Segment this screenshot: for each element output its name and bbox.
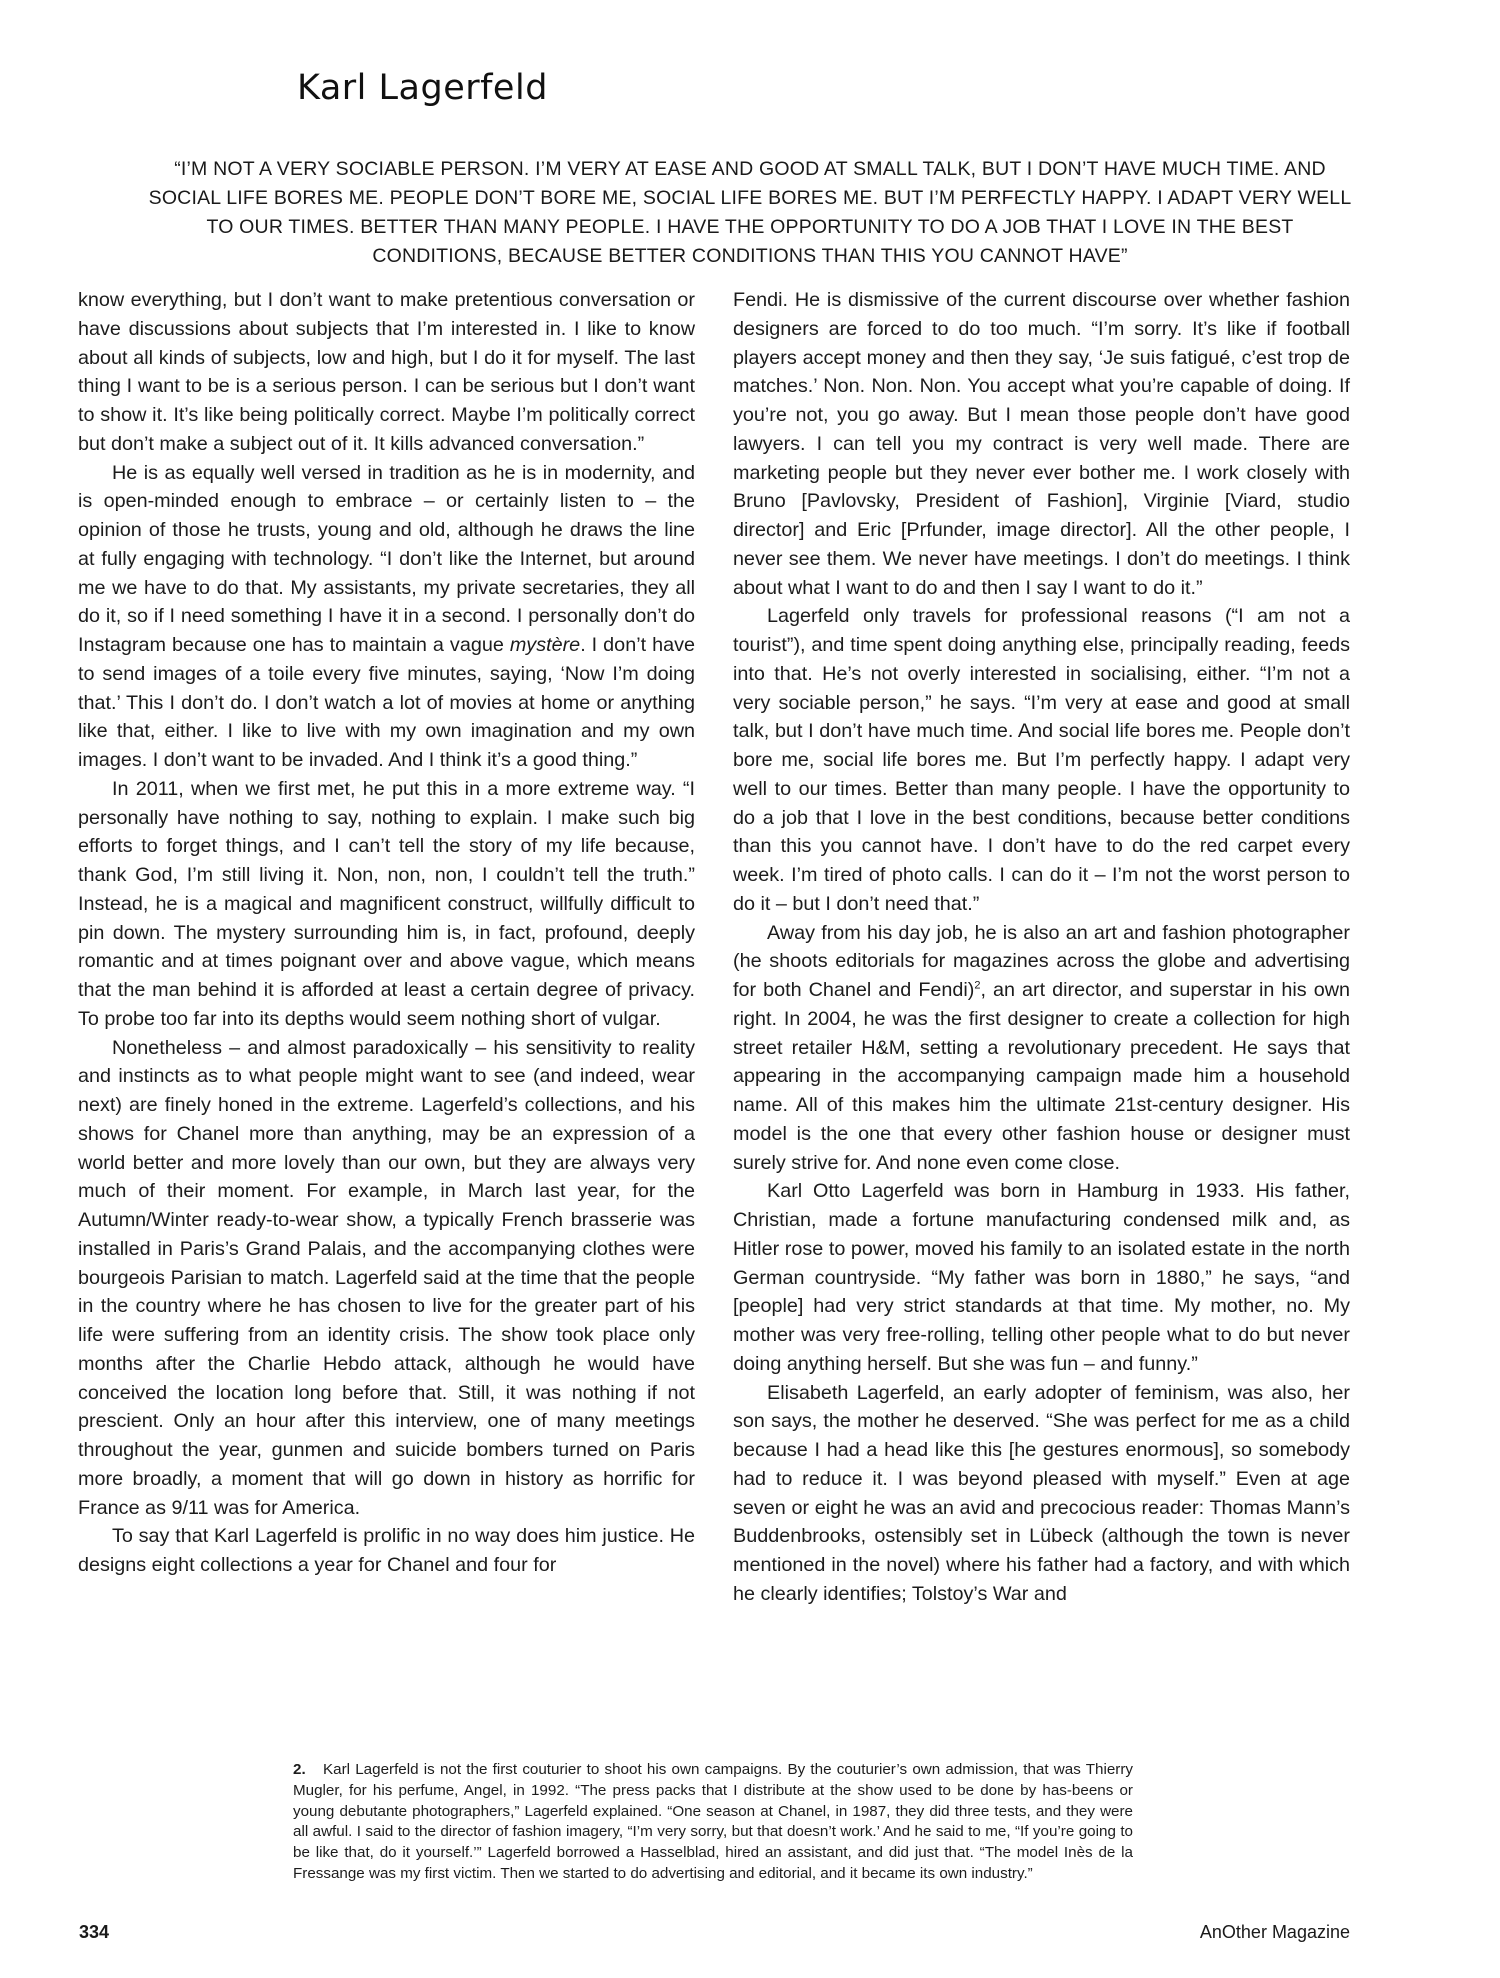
footnote-number: 2. (293, 1760, 323, 1781)
paragraph: He is as equally well versed in traditio… (78, 459, 695, 775)
pull-quote: “I’m not a very sociable person. I’m ver… (140, 155, 1360, 271)
paragraph: Lagerfeld only travels for professional … (733, 602, 1350, 918)
page-number: 334 (79, 1922, 109, 1943)
paragraph: Away from his day job, he is also an art… (733, 919, 1350, 1178)
left-column: know everything, but I don’t want to mak… (78, 286, 695, 1580)
paragraph-text: , an art director, and superstar in his … (733, 979, 1350, 1174)
paragraph: In 2011, when we first met, he put this … (78, 775, 695, 1034)
paragraph: Fendi. He is dismissive of the current d… (733, 286, 1350, 602)
paragraph-text: He is as equally well versed in traditio… (78, 462, 695, 657)
article-title: Karl Lagerfeld (297, 68, 548, 108)
paragraph: Nonetheless – and almost paradoxically –… (78, 1034, 695, 1523)
paragraph: know everything, but I don’t want to mak… (78, 286, 695, 459)
magazine-name: AnOther Magazine (1200, 1922, 1350, 1943)
paragraph: Elisabeth Lagerfeld, an early adopter of… (733, 1379, 1350, 1609)
footnote-text: Karl Lagerfeld is not the first couturie… (293, 1761, 1133, 1882)
italic-word: mystère (510, 634, 580, 656)
footnote: 2.Karl Lagerfeld is not the first coutur… (293, 1760, 1133, 1885)
right-column: Fendi. He is dismissive of the current d… (733, 286, 1350, 1609)
paragraph: To say that Karl Lagerfeld is prolific i… (78, 1522, 695, 1580)
paragraph: Karl Otto Lagerfeld was born in Hamburg … (733, 1177, 1350, 1378)
